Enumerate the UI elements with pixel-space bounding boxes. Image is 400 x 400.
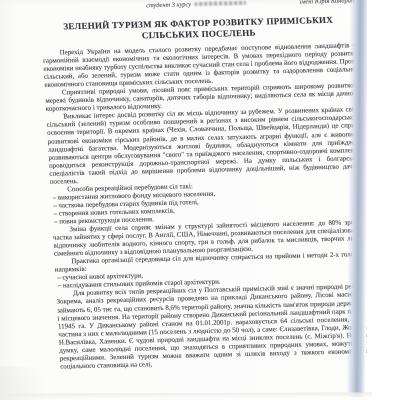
bottom-left-corner-shade [0, 366, 62, 400]
article-body: Перехід України на модель сталого розвит… [43, 42, 375, 371]
scanned-page: студент 3 курсу імені Юрія Кондратюка ЗЕ… [0, 0, 400, 400]
paragraph: Викликає інтерес досвід розвитку сіл як … [46, 106, 364, 186]
page-content: студент 3 курсу імені Юрія Кондратюка ЗЕ… [40, 0, 374, 371]
page-title: ЗЕЛЕНИЙ ТУРИЗМ ЯК ФАКТОР РОЗВИТКУ ПРИМІС… [47, 14, 350, 42]
author-line-text: студент 3 курсу [146, 1, 191, 9]
illegible-text-smudge [194, 1, 246, 6]
paragraph: Для розвитку всіх типів рекреаційних сіл… [56, 283, 374, 371]
author-line: студент 3 курсу [146, 0, 246, 9]
scan-background-right [367, 0, 400, 400]
